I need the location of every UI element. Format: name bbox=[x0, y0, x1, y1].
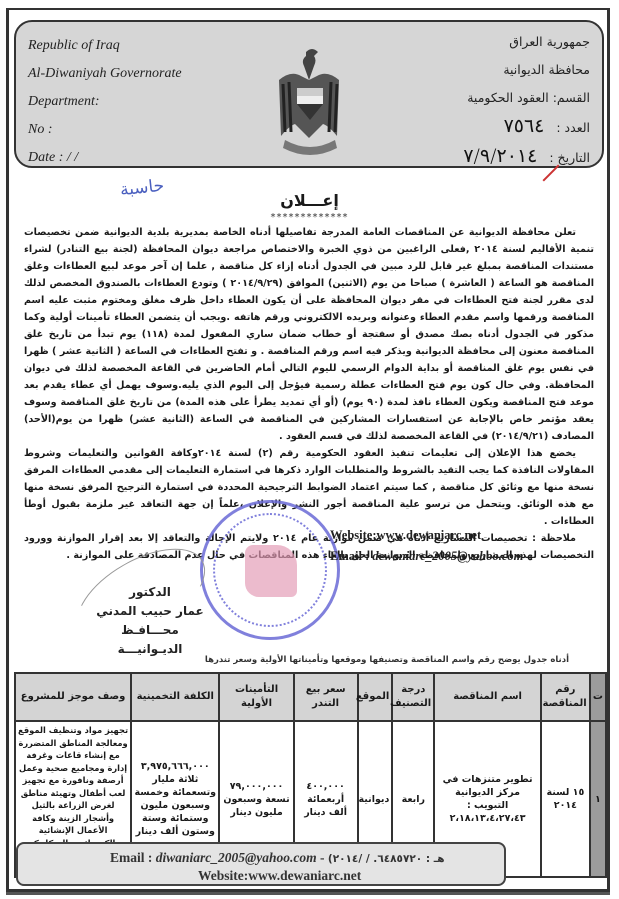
header-tender-price: سعر بيع التندر bbox=[294, 673, 358, 721]
announcement-title: إعـــلان bbox=[0, 191, 619, 210]
header-initial-deposit: التأمينات الأولية bbox=[219, 673, 293, 721]
header-grade: درجة التصنيف bbox=[392, 673, 434, 721]
cell-seq: ١ bbox=[590, 721, 606, 877]
number-ar: العدد : ٧٥٦٤ bbox=[463, 112, 590, 142]
footer-phone-date: هـ : ٦٤٨٥٧٢٠. / /٢٠١٤) bbox=[328, 853, 445, 865]
governorate-en: Al-Diwaniyah Governorate bbox=[28, 60, 182, 88]
number-value: ٧٥٦٤ bbox=[504, 115, 545, 137]
email-label: Email : bbox=[330, 549, 372, 563]
email-link[interactable]: dewaniarc_2005@yahoo.com bbox=[372, 549, 523, 563]
header-seq: ت bbox=[590, 673, 606, 721]
cell-tender-number: ١٥ لسنة ٢٠١٤ bbox=[541, 721, 590, 877]
number-en: No : bbox=[28, 116, 182, 144]
table-caption: أدناه جدول يوضح رقم واسم المناقصة وتصنيف… bbox=[205, 655, 569, 665]
header-estimated-cost: الكلفة التخمينية bbox=[131, 673, 219, 721]
footer-contact-line: Email : diwaniarc_2005@yahoo.com - هـ : … bbox=[110, 850, 445, 866]
iraq-eagle-emblem-icon bbox=[271, 44, 349, 164]
country-ar: جمهورية العراق bbox=[463, 28, 590, 56]
signature-block: الدكتور عمار حبيب المدني محـــافـظ الديـ… bbox=[90, 583, 210, 659]
date-ar: التاريخ : ٧/٩/٢٠١٤ bbox=[463, 142, 590, 172]
website-link[interactable]: Website:www.dewaniarc.net bbox=[330, 525, 523, 546]
official-stamp-icon bbox=[200, 500, 340, 640]
department-ar: القسم: العقود الحكومية bbox=[463, 84, 590, 112]
title-stars-divider: ************* bbox=[0, 212, 619, 223]
footer-box: Email : diwaniarc_2005@yahoo.com - هـ : … bbox=[16, 842, 506, 886]
signatory-name: عمار حبيب المدني bbox=[90, 602, 210, 621]
date-value: ٧/٩/٢٠١٤ bbox=[463, 145, 537, 167]
letterhead: Republic of Iraq Al-Diwaniyah Governorat… bbox=[14, 20, 604, 168]
date-en: Date : / / bbox=[28, 144, 182, 172]
department-en: Department: bbox=[28, 88, 182, 116]
table-header-row: ت رقم المناقصة اسم المناقصة درجة التصنيف… bbox=[15, 673, 606, 721]
signatory-position: محـــافـظ الديـوانيـــة bbox=[90, 621, 210, 659]
number-label: العدد : bbox=[556, 120, 590, 135]
footer-website-link[interactable]: Website:www.dewaniarc.net bbox=[198, 868, 361, 884]
email-line: Email : dewaniarc_2005@yahoo.com bbox=[330, 546, 523, 567]
letterhead-english: Republic of Iraq Al-Diwaniyah Governorat… bbox=[28, 32, 182, 172]
footer-email-label: Email : bbox=[110, 850, 156, 865]
footer-email-link[interactable]: diwaniarc_2005@yahoo.com bbox=[156, 850, 317, 865]
announcement-contacts: Website:www.dewaniarc.net Email : dewani… bbox=[330, 525, 523, 567]
announcement-paragraph-main: تعلن محافظة الديوانية عن المناقصات العام… bbox=[24, 224, 594, 445]
governorate-ar: محافظة الديوانية bbox=[463, 56, 590, 84]
header-location: الموقع bbox=[358, 673, 393, 721]
date-label: التاريخ : bbox=[549, 150, 590, 165]
country-en: Republic of Iraq bbox=[28, 32, 182, 60]
header-tender-number: رقم المناقصة bbox=[541, 673, 590, 721]
signatory-title: الدكتور bbox=[90, 583, 210, 602]
footer-separator: - bbox=[317, 850, 328, 865]
header-tender-name: اسم المناقصة bbox=[434, 673, 541, 721]
letterhead-arabic: جمهورية العراق محافظة الديوانية القسم: ا… bbox=[463, 28, 590, 172]
header-description: وصف موجز للمشروع bbox=[15, 673, 131, 721]
